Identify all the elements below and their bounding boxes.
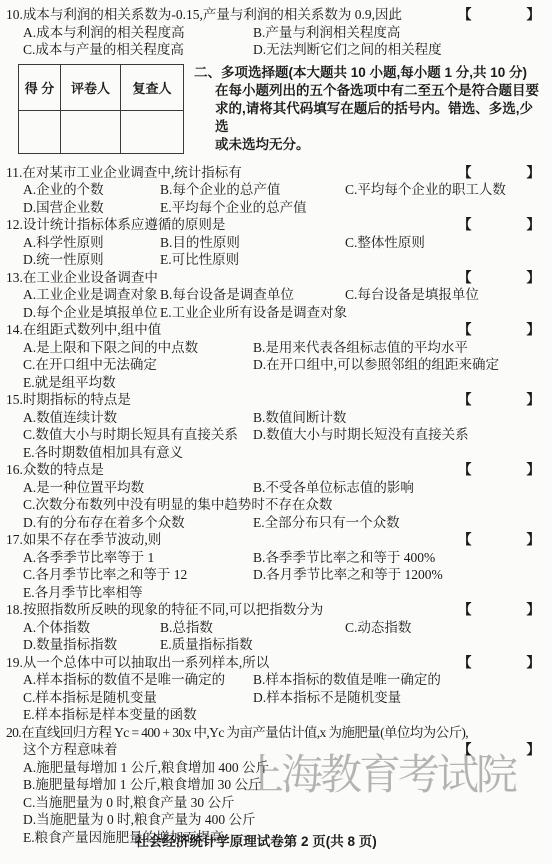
option: C.整体性原则 bbox=[345, 234, 542, 252]
bracket-close: 】 bbox=[527, 6, 541, 24]
question-16: 16.众数的特点是【】A.是一种位置平均数B.不受各单位标志值的影响C.次数分布… bbox=[6, 461, 542, 531]
bracket-close: 】 bbox=[527, 321, 541, 339]
question-stem: 11.在对某市工业企业调查中,统计指标有 bbox=[6, 164, 458, 182]
option: D.当施肥量为 0 时,粮食产量为 400 公斤 bbox=[23, 812, 256, 827]
question-stem-line: 20.在直线回归方程 Yc = 400 + 30x 中,Yc 为亩产量估计值,x… bbox=[6, 724, 542, 742]
option: A.科学性原则 bbox=[23, 234, 160, 252]
answer-bracket[interactable]: 【】 bbox=[458, 531, 540, 549]
option-row: C.当施肥量为 0 时,粮食产量 30 公斤 bbox=[23, 794, 542, 812]
option: D.统一性原则 bbox=[23, 251, 160, 269]
option-row: A.样本指标的数值不是唯一确定的B.样本指标的数值是唯一确定的 bbox=[23, 671, 542, 689]
bracket-open: 【 bbox=[458, 654, 472, 672]
score-table-header-row: 得 分 评卷人 复查人 bbox=[19, 64, 184, 110]
score-table-header-score: 得 分 bbox=[19, 64, 61, 110]
bracket-close: 】 bbox=[527, 741, 541, 759]
option-row: D.国营企业数E.平均每个企业的总产值 bbox=[23, 199, 542, 217]
question-stem: 16.众数的特点是 bbox=[6, 461, 458, 479]
option: B.每台设备是调查单位 bbox=[160, 286, 345, 304]
option-row: B.施肥量每增加 1 公斤,粮食增加 30 公斤 bbox=[23, 776, 542, 794]
section-instructions-line-2: 求的,请将其代码填写在题后的括号内。错选、多选,少选 bbox=[215, 100, 542, 136]
question-stem-line: 10.成本与利润的相关系数为-0.15,产量与利润的相关系数为 0.9,因此【】 bbox=[6, 6, 542, 24]
option-row: E.各月季节比率相等 bbox=[23, 584, 542, 602]
question-15: 15.时期指标的特点是【】A.数值连续计数B.数值间断计数C.数值大小与时期长短… bbox=[6, 391, 542, 461]
option: A.施肥量每增加 1 公斤,粮食增加 400 公斤 bbox=[23, 760, 269, 775]
option: A.是一种位置平均数 bbox=[23, 479, 253, 497]
question-stem-line: 12.设计统计指标体系应遵循的原则是【】 bbox=[6, 216, 542, 234]
bracket-open: 【 bbox=[458, 741, 472, 759]
question-stem: 14.在组距式数列中,组中值 bbox=[6, 321, 458, 339]
option-row: D.统一性原则E.可比性原则 bbox=[23, 251, 542, 269]
reviewer-cell-empty[interactable] bbox=[121, 110, 184, 153]
option-row: A.是上限和下限之间的中点数B.是用来代表各组标志值的平均水平 bbox=[23, 339, 542, 357]
bracket-close: 】 bbox=[527, 531, 541, 549]
option: C.动态指数 bbox=[345, 619, 542, 637]
option: A.企业的个数 bbox=[23, 181, 160, 199]
question-stem: 12.设计统计指标体系应遵循的原则是 bbox=[6, 216, 458, 234]
score-and-section-block: 得 分 评卷人 复查人 二、多项选择题(本大题共 10 小题,每小题 1 分,共… bbox=[18, 64, 542, 154]
question-stem-line: 18.按照指数所反映的现象的特征不同,可以把指数分为【】 bbox=[6, 601, 542, 619]
option: B.是用来代表各组标志值的平均水平 bbox=[253, 339, 542, 357]
option: A.是上限和下限之间的中点数 bbox=[23, 339, 253, 357]
option-row: D.每个企业是填报单位E.工业企业所有设备是调查对象 bbox=[23, 304, 542, 322]
question-12: 12.设计统计指标体系应遵循的原则是【】A.科学性原则B.目的性原则C.整体性原… bbox=[6, 216, 542, 269]
answer-bracket[interactable]: 【】 bbox=[458, 654, 540, 672]
option: C.样本指标是随机变量 bbox=[23, 689, 253, 707]
option-row: A.企业的个数B.每个企业的总产值C.平均每个企业的职工人数 bbox=[23, 181, 542, 199]
option: C.在开口组中无法确定 bbox=[23, 356, 253, 374]
score-cell-empty[interactable] bbox=[19, 110, 61, 153]
question-18: 18.按照指数所反映的现象的特征不同,可以把指数分为【】A.个体指数B.总指数C… bbox=[6, 601, 542, 654]
option-row: D.当施肥量为 0 时,粮食产量为 400 公斤 bbox=[23, 811, 542, 829]
option-row: C.次数分布数列中没有明显的集中趋势时不存在众数 bbox=[23, 496, 542, 514]
option-row: A.科学性原则B.目的性原则C.整体性原则 bbox=[23, 234, 542, 252]
option: B.产量与利润相关程度高 bbox=[253, 24, 542, 42]
option: B.各季季节比率之和等于 400% bbox=[253, 549, 542, 567]
bracket-open: 【 bbox=[458, 216, 472, 234]
bracket-open: 【 bbox=[458, 601, 472, 619]
option: E.质量指标指数 bbox=[160, 636, 345, 654]
answer-bracket[interactable]: 【】 bbox=[458, 741, 540, 759]
option: A.工业企业是调查对象 bbox=[23, 286, 160, 304]
option: C.每台设备是填报单位 bbox=[345, 286, 542, 304]
option: E.可比性原则 bbox=[160, 251, 345, 269]
option-row: A.是一种位置平均数B.不受各单位标志值的影响 bbox=[23, 479, 542, 497]
option: C.次数分布数列中没有明显的集中趋势时不存在众数 bbox=[23, 497, 332, 512]
option-row: C.成本与产量的相关程度高D.无法判断它们之间的相关程度 bbox=[23, 41, 542, 59]
section-2-header: 二、多项选择题(本大题共 10 小题,每小题 1 分,共 10 分) 在每小题列… bbox=[194, 64, 542, 154]
option: C.成本与产量的相关程度高 bbox=[23, 41, 253, 59]
bracket-close: 】 bbox=[527, 164, 541, 182]
question-stem-line: 13.在工业企业设备调查中【】 bbox=[6, 269, 542, 287]
question-stem: 这个方程意味着 bbox=[23, 741, 458, 759]
option: E.样本指标是样本变量的函数 bbox=[23, 707, 197, 722]
option: B.数值间断计数 bbox=[253, 409, 542, 427]
question-20: 20.在直线回归方程 Yc = 400 + 30x 中,Yc 为亩产量估计值,x… bbox=[6, 724, 542, 847]
option: E.平均每个企业的总产值 bbox=[160, 199, 345, 217]
option-row: E.就是组平均数 bbox=[23, 374, 542, 392]
question-17: 17.如果不存在季节波动,则【】A.各季季节比率等于 1B.各季季节比率之和等于… bbox=[6, 531, 542, 601]
option: B.目的性原则 bbox=[160, 234, 345, 252]
option-row: A.各季季节比率等于 1B.各季季节比率之和等于 400% bbox=[23, 549, 542, 567]
option: A.成本与利润的相关程度高 bbox=[23, 24, 253, 42]
bracket-close: 】 bbox=[527, 461, 541, 479]
page-footer: 社会经济统计学原理试卷第 2 页(共 8 页) bbox=[0, 830, 512, 850]
question-stem-line: 这个方程意味着【】 bbox=[6, 741, 542, 759]
option: E.工业企业所有设备是调查对象 bbox=[160, 304, 345, 322]
option-row: A.工业企业是调查对象B.每台设备是调查单位C.每台设备是填报单位 bbox=[23, 286, 542, 304]
question-stem-line: 19.从一个总体中可以抽取出一系列样本,所以【】 bbox=[6, 654, 542, 672]
question-stem-line: 16.众数的特点是【】 bbox=[6, 461, 542, 479]
option: B.不受各单位标志值的影响 bbox=[253, 479, 542, 497]
option: D.每个企业是填报单位 bbox=[23, 304, 160, 322]
question-stem: 17.如果不存在季节波动,则 bbox=[6, 531, 458, 549]
option: C.平均每个企业的职工人数 bbox=[345, 181, 542, 199]
question-19: 19.从一个总体中可以抽取出一系列样本,所以【】A.样本指标的数值不是唯一确定的… bbox=[6, 654, 542, 724]
question-stem: 20.在直线回归方程 Yc = 400 + 30x 中,Yc 为亩产量估计值,x… bbox=[6, 724, 542, 742]
option: E.各月季节比率相等 bbox=[23, 585, 143, 600]
question-11: 11.在对某市工业企业调查中,统计指标有【】A.企业的个数B.每个企业的总产值C… bbox=[6, 164, 542, 217]
option: D.数量指标指数 bbox=[23, 636, 160, 654]
option-row: C.样本指标是随机变量D.样本指标不是随机变量 bbox=[23, 689, 542, 707]
answer-bracket[interactable]: 【】 bbox=[458, 321, 540, 339]
question-stem-line: 14.在组距式数列中,组中值【】 bbox=[6, 321, 542, 339]
score-table-header-reviewer: 复查人 bbox=[121, 64, 184, 110]
question-stem: 18.按照指数所反映的现象的特征不同,可以把指数分为 bbox=[6, 601, 458, 619]
option: A.数值连续计数 bbox=[23, 409, 253, 427]
bracket-open: 【 bbox=[458, 531, 472, 549]
bracket-close: 】 bbox=[527, 601, 541, 619]
bracket-open: 【 bbox=[458, 164, 472, 182]
option: A.样本指标的数值不是唯一确定的 bbox=[23, 671, 253, 689]
option: E.各时期数值相加具有意义 bbox=[23, 445, 183, 460]
option: D.样本指标不是随机变量 bbox=[253, 689, 542, 707]
option: B.施肥量每增加 1 公斤,粮食增加 30 公斤 bbox=[23, 777, 262, 792]
page-content: 10.成本与利润的相关系数为-0.15,产量与利润的相关系数为 0.9,因此【】… bbox=[0, 0, 552, 846]
option-row: A.成本与利润的相关程度高B.产量与利润相关程度高 bbox=[23, 24, 542, 42]
question-stem: 19.从一个总体中可以抽取出一系列样本,所以 bbox=[6, 654, 458, 672]
section-title: 二、多项选择题(本大题共 10 小题,每小题 1 分,共 10 分) bbox=[194, 64, 542, 82]
question-stem-line: 15.时期指标的特点是【】 bbox=[6, 391, 542, 409]
option-row: A.数值连续计数B.数值间断计数 bbox=[23, 409, 542, 427]
option-row: A.个体指数B.总指数C.动态指数 bbox=[23, 619, 542, 637]
option-row: A.施肥量每增加 1 公斤,粮食增加 400 公斤 bbox=[23, 759, 542, 777]
bracket-open: 【 bbox=[458, 321, 472, 339]
question-stem: 10.成本与利润的相关系数为-0.15,产量与利润的相关系数为 0.9,因此 bbox=[6, 6, 458, 24]
option-row: C.各月季节比率之和等于 12D.各月季节比率之和等于 1200% bbox=[23, 566, 542, 584]
option-row: D.数量指标指数E.质量指标指数 bbox=[23, 636, 542, 654]
question-10: 10.成本与利润的相关系数为-0.15,产量与利润的相关系数为 0.9,因此【】… bbox=[6, 6, 542, 59]
bracket-open: 【 bbox=[458, 269, 472, 287]
answer-bracket[interactable]: 【】 bbox=[458, 601, 540, 619]
bracket-close: 】 bbox=[527, 654, 541, 672]
option: D.国营企业数 bbox=[23, 199, 160, 217]
option-row: E.各时期数值相加具有意义 bbox=[23, 444, 542, 462]
score-table: 得 分 评卷人 复查人 bbox=[18, 64, 184, 154]
question-stem-line: 11.在对某市工业企业调查中,统计指标有【】 bbox=[6, 164, 542, 182]
question-stem: 15.时期指标的特点是 bbox=[6, 391, 458, 409]
option-row: C.数值大小与时期长短具有直接关系D.数值大小与时期长短没有直接关系 bbox=[23, 426, 542, 444]
bracket-close: 】 bbox=[527, 391, 541, 409]
bracket-close: 】 bbox=[527, 269, 541, 287]
option: A.个体指数 bbox=[23, 619, 160, 637]
bracket-open: 【 bbox=[458, 6, 472, 24]
answer-bracket[interactable]: 【】 bbox=[458, 461, 540, 479]
question-stem: 13.在工业企业设备调查中 bbox=[6, 269, 458, 287]
score-table-header-grader: 评卷人 bbox=[61, 64, 121, 110]
answer-bracket[interactable]: 【】 bbox=[458, 216, 540, 234]
exam-page: 上海教育考试院 10.成本与利润的相关系数为-0.15,产量与利润的相关系数为 … bbox=[0, 0, 552, 864]
questions-top: 10.成本与利润的相关系数为-0.15,产量与利润的相关系数为 0.9,因此【】… bbox=[6, 6, 542, 59]
option-row: E.样本指标是样本变量的函数 bbox=[23, 706, 542, 724]
option: D.在开口组中,可以参照邻组的组距来确定 bbox=[253, 356, 542, 374]
bracket-open: 【 bbox=[458, 391, 472, 409]
questions-list: 11.在对某市工业企业调查中,统计指标有【】A.企业的个数B.每个企业的总产值C… bbox=[6, 164, 542, 847]
option: C.各月季节比率之和等于 12 bbox=[23, 566, 253, 584]
section-instructions-line-3: 或未选均无分。 bbox=[215, 136, 542, 154]
option-row: D.有的分布存在着多个众数E.全部分布只有一个众数 bbox=[23, 514, 542, 532]
grader-cell-empty[interactable] bbox=[61, 110, 121, 153]
option: C.数值大小与时期长短具有直接关系 bbox=[23, 426, 253, 444]
score-table-blank-row bbox=[19, 110, 184, 153]
option-row: C.在开口组中无法确定D.在开口组中,可以参照邻组的组距来确定 bbox=[23, 356, 542, 374]
question-14: 14.在组距式数列中,组中值【】A.是上限和下限之间的中点数B.是用来代表各组标… bbox=[6, 321, 542, 391]
question-13: 13.在工业企业设备调查中【】A.工业企业是调查对象B.每台设备是调查单位C.每… bbox=[6, 269, 542, 322]
option: B.总指数 bbox=[160, 619, 345, 637]
option: B.每个企业的总产值 bbox=[160, 181, 345, 199]
answer-bracket[interactable]: 【】 bbox=[458, 269, 540, 287]
bracket-open: 【 bbox=[458, 461, 472, 479]
question-stem-line: 17.如果不存在季节波动,则【】 bbox=[6, 531, 542, 549]
bracket-close: 】 bbox=[527, 216, 541, 234]
option: E.全部分布只有一个众数 bbox=[253, 514, 542, 532]
option: E.就是组平均数 bbox=[23, 375, 116, 390]
answer-bracket[interactable]: 【】 bbox=[458, 6, 540, 24]
option: A.各季季节比率等于 1 bbox=[23, 549, 253, 567]
option: C.当施肥量为 0 时,粮食产量 30 公斤 bbox=[23, 795, 235, 810]
option: D.有的分布存在着多个众数 bbox=[23, 514, 253, 532]
option: D.数值大小与时期长短没有直接关系 bbox=[253, 426, 542, 444]
answer-bracket[interactable]: 【】 bbox=[458, 391, 540, 409]
option: D.各月季节比率之和等于 1200% bbox=[253, 566, 542, 584]
answer-bracket[interactable]: 【】 bbox=[458, 164, 540, 182]
section-instructions-line-1: 在每小题列出的五个备选项中有二至五个是符合题目要 bbox=[215, 82, 542, 100]
option: D.无法判断它们之间的相关程度 bbox=[253, 41, 542, 59]
option: B.样本指标的数值是唯一确定的 bbox=[253, 671, 542, 689]
